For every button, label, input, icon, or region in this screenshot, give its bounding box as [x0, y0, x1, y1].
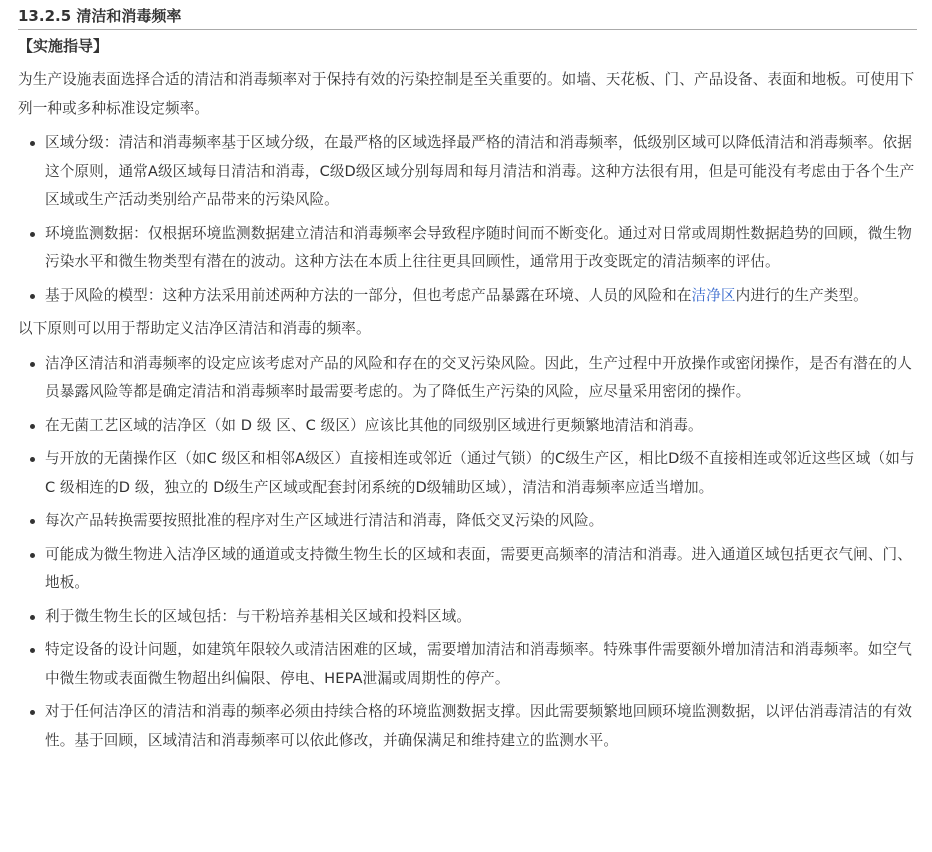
list-item-risk-based-model: 基于风险的模型：这种方法采用前述两种方法的一部分，但也考虑产品暴露在环境、人员的… [18, 282, 917, 311]
principles-list: 洁净区清洁和消毒频率的设定应该考虑对产品的风险和存在的交叉污染风险。因此，生产过… [18, 350, 917, 756]
bullet-icon [30, 424, 35, 429]
list-item: 洁净区清洁和消毒频率的设定应该考虑对产品的风险和存在的交叉污染风险。因此，生产过… [18, 350, 917, 407]
list-item-environmental-monitoring: 环境监测数据：仅根据环境监测数据建立清洁和消毒频率会导致程序随时间而不断变化。通… [18, 220, 917, 277]
list-item-text: 在无菌工艺区域的洁净区（如 D 级 区、C 级区）应该比其他的同级别区域进行更频… [45, 417, 703, 434]
list-item-text-after: 内进行的生产类型。 [736, 287, 868, 304]
list-item: 与开放的无菌操作区（如C 级区和相邻A级区）直接相连或邻近（通过气锁）的C级生产… [18, 445, 917, 502]
list-item-text-before: 基于风险的模型：这种方法采用前述两种方法的一部分，但也考虑产品暴露在环境、人员的… [45, 287, 692, 304]
list-item-text: 每次产品转换需要按照批准的程序对生产区域进行清洁和消毒，降低交叉污染的风险。 [45, 512, 603, 529]
bullet-icon [30, 648, 35, 653]
list-item-text: 洁净区清洁和消毒频率的设定应该考虑对产品的风险和存在的交叉污染风险。因此，生产过… [45, 355, 912, 401]
list-item: 每次产品转换需要按照批准的程序对生产区域进行清洁和消毒，降低交叉污染的风险。 [18, 507, 917, 536]
list-item-text: 特定设备的设计问题，如建筑年限较久或清洁困难的区域，需要增加清洁和消毒频率。特殊… [45, 641, 912, 687]
list-item-text: 对于任何洁净区的清洁和消毒的频率必须由持续合格的环境监测数据支撑。因此需要频繁地… [45, 703, 912, 749]
list-item-text: 区域分级：清洁和消毒频率基于区域分级，在最严格的区域选择最严格的清洁和消毒频率，… [45, 134, 914, 208]
list-item-text: 可能成为微生物进入洁净区域的通道或支持微生物生长的区域和表面，需要更高频率的清洁… [45, 546, 912, 592]
list-item: 可能成为微生物进入洁净区域的通道或支持微生物生长的区域和表面，需要更高频率的清洁… [18, 541, 917, 598]
list-item: 对于任何洁净区的清洁和消毒的频率必须由持续合格的环境监测数据支撑。因此需要频繁地… [18, 698, 917, 755]
list-item-text: 与开放的无菌操作区（如C 级区和相邻A级区）直接相连或邻近（通过气锁）的C级生产… [45, 450, 915, 496]
principles-intro: 以下原则可以用于帮助定义洁净区清洁和消毒的频率。 [18, 315, 917, 344]
methods-list: 区域分级：清洁和消毒频率基于区域分级，在最严格的区域选择最严格的清洁和消毒频率，… [18, 129, 917, 310]
subtitle-implementation-guidance: 【实施指导】 [18, 34, 917, 58]
document-page: 13.2.5 清洁和消毒频率 【实施指导】 为生产设施表面选择合适的清洁和消毒频… [0, 0, 932, 755]
list-item-text: 利于微生物生长的区域包括：与干粉培养基相关区域和投料区域。 [45, 608, 471, 625]
cleanroom-link[interactable]: 洁净区 [692, 287, 736, 304]
list-item: 在无菌工艺区域的洁净区（如 D 级 区、C 级区）应该比其他的同级别区域进行更频… [18, 412, 917, 441]
bullet-icon [30, 519, 35, 524]
bullet-icon [30, 615, 35, 620]
bullet-icon [30, 294, 35, 299]
bullet-icon [30, 710, 35, 715]
list-item: 利于微生物生长的区域包括：与干粉培养基相关区域和投料区域。 [18, 603, 917, 632]
list-item: 特定设备的设计问题，如建筑年限较久或清洁困难的区域，需要增加清洁和消毒频率。特殊… [18, 636, 917, 693]
section-title: 13.2.5 清洁和消毒频率 [18, 0, 917, 30]
bullet-icon [30, 553, 35, 558]
intro-paragraph: 为生产设施表面选择合适的清洁和消毒频率对于保持有效的污染控制是至关重要的。如墙、… [18, 66, 917, 123]
bullet-icon [30, 457, 35, 462]
list-item-zone-classification: 区域分级：清洁和消毒频率基于区域分级，在最严格的区域选择最严格的清洁和消毒频率，… [18, 129, 917, 215]
bullet-icon [30, 362, 35, 367]
bullet-icon [30, 141, 35, 146]
list-item-text: 环境监测数据：仅根据环境监测数据建立清洁和消毒频率会导致程序随时间而不断变化。通… [45, 225, 912, 271]
bullet-icon [30, 232, 35, 237]
